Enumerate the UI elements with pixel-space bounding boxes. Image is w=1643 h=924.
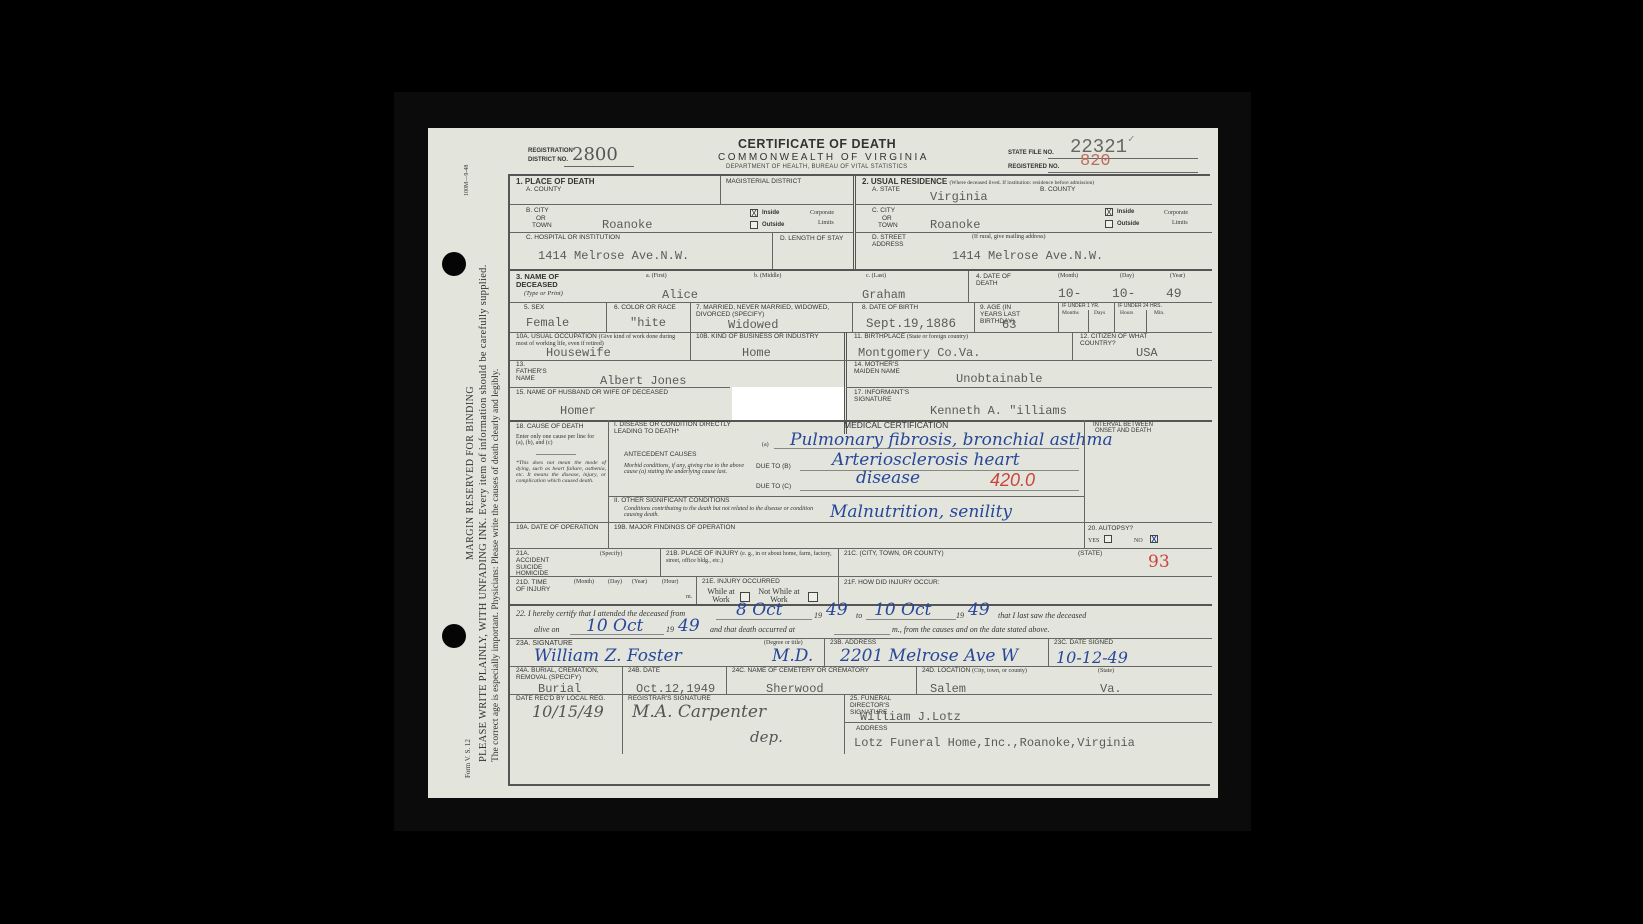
state-file-label: State File No. xyxy=(1008,150,1054,156)
cause-c-value: disease xyxy=(856,468,920,488)
registered-label: Registered No. xyxy=(1008,164,1059,170)
father-label: 13. FATHER'S NAME xyxy=(516,362,556,382)
month-label: (Month) xyxy=(1058,273,1078,279)
race-value: "hite xyxy=(630,316,666,330)
outside-checkbox[interactable] xyxy=(750,221,758,229)
injury-place-label: 21b. PLACE OF INJURY (e. g., in or about… xyxy=(666,551,836,565)
citizen-value: USA xyxy=(1136,346,1158,360)
burial-state-label: (State) xyxy=(1098,668,1114,674)
attended-to-year: 49 xyxy=(968,600,990,620)
autopsy-yes-label: YES xyxy=(1088,538,1099,544)
to-label: to xyxy=(856,612,862,620)
from-year-prefix: 19 xyxy=(814,612,822,620)
injury-year-label: (Year) xyxy=(632,579,647,585)
alive-year-prefix: 19 xyxy=(666,626,674,634)
last-name: Graham xyxy=(862,288,905,302)
injury-city-label: 21c. (CITY, TOWN, OR COUNTY) xyxy=(844,551,944,558)
date-of-death-label: 4. DATE OF DEATH xyxy=(976,274,1016,288)
injury-work-label: 21e. INJURY OCCURRED xyxy=(702,579,780,586)
name-heading: 3. NAME OF DECEASED xyxy=(516,273,576,289)
limits-label: Limits xyxy=(818,220,834,226)
death-certificate: Form V. S. 12 100M—9-48 MARGIN RESERVED … xyxy=(428,128,1218,798)
certificate-form: 1. PLACE OF DEATH a. COUNTY MAGISTERIAL … xyxy=(508,174,1210,786)
date-signed-label: 23c. DATE SIGNED xyxy=(1054,640,1113,647)
injury-hour-label: (Hour) xyxy=(662,579,678,585)
margin-instructions: Form V. S. 12 100M—9-48 MARGIN RESERVED … xyxy=(462,138,512,788)
certificate-title: CERTIFICATE OF DEATH xyxy=(738,137,896,151)
interval-label: INTERVAL BETWEEN ONSET AND DEATH xyxy=(1088,422,1158,435)
marital-label: 7. MARRIED, NEVER MARRIED, WIDOWED, DIVO… xyxy=(696,305,846,319)
residence-limits-label: Limits xyxy=(1172,220,1188,226)
certify-text-3: and that death occurred at xyxy=(710,626,795,634)
injury-day-label: (Day) xyxy=(608,579,622,585)
length-of-stay-label: d. LENGTH OF STAY xyxy=(780,236,846,243)
dob-value: Sept.19,1886 xyxy=(866,317,956,331)
how-injury-label: 21f. HOW DID INJURY OCCUR: xyxy=(844,580,939,587)
certificate-header: Registration District No. 2800 CERTIFICA… xyxy=(508,128,1210,174)
funeral-address-label: ADDRESS xyxy=(856,726,887,733)
min-label: Min. xyxy=(1154,311,1165,317)
months-label: Months xyxy=(1062,311,1079,317)
days-label: Days xyxy=(1094,311,1105,317)
sex-value: Female xyxy=(526,316,569,330)
under-1-year-label: IF UNDER 1 YR. xyxy=(1062,304,1099,309)
redacted-field xyxy=(732,387,844,421)
department-name: DEPARTMENT OF HEALTH, BUREAU OF VITAL ST… xyxy=(726,164,907,170)
operation-date-label: 19a. DATE OF OPERATION xyxy=(516,525,600,532)
corporate-label: Corporate xyxy=(810,210,834,216)
binding-note: MARGIN RESERVED FOR BINDING xyxy=(465,386,476,560)
hospital-label: c. HOSPITAL OR INSTITUTION xyxy=(526,235,620,242)
part-2-note: Conditions contributing to the death but… xyxy=(624,506,814,519)
burial-type-label: 24a. BURIAL, CREMATION, REMOVAL (Specify… xyxy=(516,668,616,682)
accident-label: 21a. ACCIDENT SUICIDE HOMICIDE xyxy=(516,551,562,578)
certify-text-4: m., from the causes and on the date stat… xyxy=(892,626,1049,634)
autopsy-no-checkbox[interactable]: X xyxy=(1150,535,1158,543)
registration-label: Registration xyxy=(528,148,573,154)
alive-on-year: 49 xyxy=(678,616,700,636)
check-mark: ✓ xyxy=(1128,132,1135,146)
autopsy-no-label: NO xyxy=(1134,538,1143,544)
medical-certification-title: MEDICAL CERTIFICATION xyxy=(844,421,948,430)
part-2-label: II. OTHER SIGNIFICANT CONDITIONS xyxy=(614,498,729,505)
form-code: Form V. S. 12 xyxy=(464,739,472,778)
state-name: COMMONWEALTH OF VIRGINIA xyxy=(718,152,929,163)
residence-inside-label: Inside xyxy=(1117,209,1134,215)
to-year-prefix: 19 xyxy=(956,612,964,620)
mother-value: Unobtainable xyxy=(956,372,1042,386)
informant-label: 17. INFORMANT'S SIGNATURE xyxy=(854,390,914,404)
race-label: 6. COLOR OR RACE xyxy=(614,305,676,312)
residence-city: Roanoke xyxy=(930,218,980,232)
last-name-label: c. (Last) xyxy=(866,273,886,279)
birthplace-label: 11. BIRTHPLACE (State or foreign country… xyxy=(854,334,968,341)
injury-m-label: m. xyxy=(686,594,692,600)
residence-state-label: a. STATE xyxy=(872,187,900,194)
middle-name-label: b. (Middle) xyxy=(754,273,781,279)
cause-b-value: Arteriosclerosis heart xyxy=(832,450,1020,470)
residence-state: Virginia xyxy=(930,190,988,204)
outside-label: Outside xyxy=(762,222,784,228)
residence-corporate-label: Corporate xyxy=(1164,210,1188,216)
birthplace-value: Montgomery Co.Va. xyxy=(858,346,980,360)
magisterial-label: MAGISTERIAL DISTRICT xyxy=(726,179,801,186)
town-label: TOWN xyxy=(532,223,552,230)
day-label: (Day) xyxy=(1120,273,1134,279)
injury-time-label: 21d. TIME OF INJURY xyxy=(516,580,556,594)
cause-note: Enter only one cause per line for (a), (… xyxy=(516,434,600,447)
registrar-deputy-note: dep. xyxy=(750,728,783,746)
accident-specify-label: (Specify) xyxy=(600,551,622,557)
residence-city-label: c. CITY xyxy=(872,208,895,215)
residence-outside-checkbox[interactable] xyxy=(1105,220,1113,228)
father-value: Albert Jones xyxy=(600,374,686,388)
district-number: 2800 xyxy=(572,144,618,165)
cause-a-label: (a) xyxy=(762,442,769,448)
dob-label: 8. DATE OF BIRTH xyxy=(862,305,918,312)
first-name: Alice xyxy=(662,288,698,302)
street-label: d. STREET ADDRESS xyxy=(872,235,922,249)
due-to-b-label: DUE TO (b) xyxy=(756,464,791,471)
hours-label: Hours xyxy=(1120,311,1133,317)
marital-value: Widowed xyxy=(728,318,778,332)
funeral-address: Lotz Funeral Home,Inc.,Roanoke,Virginia xyxy=(854,736,1135,750)
autopsy-label: 20. AUTOPSY? xyxy=(1088,526,1133,533)
cause-code: 420.0 xyxy=(990,470,1035,491)
spouse-value: Homer xyxy=(560,404,596,418)
city-label: b. CITY xyxy=(526,208,549,215)
attended-to-date: 10 Oct xyxy=(874,600,931,620)
name-note: (Type or Print) xyxy=(524,291,563,298)
instructions-line-2: The correct age is especially important.… xyxy=(491,369,501,762)
residence-outside-label: Outside xyxy=(1117,221,1139,227)
cause-a-value: Pulmonary fibrosis, bronchial asthma xyxy=(790,430,1113,450)
other-conditions-value: Malnutrition, senility xyxy=(830,502,1012,522)
alive-on-label: alive on xyxy=(534,626,560,634)
date-received: 10/15/49 xyxy=(532,702,604,721)
inside-label: Inside xyxy=(762,210,779,216)
while-at-work-label: While at Work xyxy=(704,588,738,603)
death-day: 10- xyxy=(1112,286,1135,301)
injury-state-label: (STATE) xyxy=(1078,551,1102,558)
residence-inside-checkbox[interactable]: X xyxy=(1105,208,1113,216)
burial-date-label: 24b. DATE xyxy=(628,668,660,675)
death-month: 10- xyxy=(1058,286,1081,301)
alive-on-date: 10 Oct xyxy=(586,616,643,636)
injury-month-label: (Month) xyxy=(574,579,594,585)
certify-text-2: that I last saw the deceased xyxy=(998,612,1086,620)
antecedent-label: ANTECEDENT CAUSES xyxy=(624,452,696,459)
physician-signature: William Z. Foster xyxy=(534,646,682,666)
inside-checkbox[interactable]: X xyxy=(750,209,758,217)
location-label: 24d. LOCATION (City, town, or county) xyxy=(922,668,1027,675)
sex-label: 5. SEX xyxy=(524,305,544,312)
place-city: Roanoke xyxy=(602,218,652,232)
under-24-hours-label: IF UNDER 24 HRS. xyxy=(1118,304,1162,309)
date-signed: 10-12-49 xyxy=(1056,648,1128,667)
cemetery-label: 24c. NAME OF CEMETERY OR CREMATORY xyxy=(732,668,869,675)
part-1-label: I. DISEASE OR CONDITION DIRECTLY LEADING… xyxy=(614,422,744,436)
not-while-at-work-checkbox[interactable] xyxy=(808,592,818,602)
death-year: 49 xyxy=(1166,286,1182,301)
informant-value: Kenneth A. "illiams xyxy=(930,404,1067,418)
residence-street: 1414 Melrose Ave.N.W. xyxy=(952,249,1103,263)
residence-county-label: b. COUNTY xyxy=(1040,187,1075,194)
morbid-note: Morbid conditions, if any, giving rise t… xyxy=(624,463,744,476)
age-value: 63 xyxy=(1002,318,1016,332)
registrar-signature: M.A. Carpenter xyxy=(632,702,766,722)
operation-findings-label: 19b. MAJOR FINDINGS OF OPERATION xyxy=(614,525,735,532)
residence-town-label: TOWN xyxy=(878,223,898,230)
occupation-value: Housewife xyxy=(546,346,611,360)
physician-address: 2201 Melrose Ave W xyxy=(840,646,1018,666)
instructions-line-1: PLEASE WRITE PLAINLY, WITH UNFADING INK.… xyxy=(478,264,489,762)
mother-label: 14. MOTHER'S MAIDEN NAME xyxy=(854,362,914,376)
business-label: 10b. KIND OF BUSINESS OR INDUSTRY xyxy=(696,334,846,341)
county-label: a. COUNTY xyxy=(526,187,561,194)
year-label: (Year) xyxy=(1170,273,1185,279)
spouse-label: 15. NAME OF HUSBAND OR WIFE OF DECEASED xyxy=(516,390,668,397)
attended-from-date: 8 Oct xyxy=(736,600,783,620)
attended-from-year: 49 xyxy=(826,600,848,620)
business-value: Home xyxy=(742,346,771,360)
street-note: (If rural, give mailing address) xyxy=(972,234,1045,240)
autopsy-yes-checkbox[interactable] xyxy=(1104,535,1112,543)
district-label: District No. xyxy=(528,157,568,163)
state-code: 93 xyxy=(1148,552,1170,572)
cause-footnote: *This does not mean the mode of dying, s… xyxy=(516,460,606,484)
first-name-label: a. (First) xyxy=(646,273,667,279)
print-code: 100M—9-48 xyxy=(464,165,470,196)
cause-of-death-label: 18. CAUSE OF DEATH xyxy=(516,424,583,431)
hospital-value: 1414 Melrose Ave.N.W. xyxy=(538,249,689,263)
registered-number: 820 xyxy=(1080,152,1111,171)
physician-degree: M.D. xyxy=(772,646,813,666)
due-to-c-label: DUE TO (c) xyxy=(756,484,791,491)
